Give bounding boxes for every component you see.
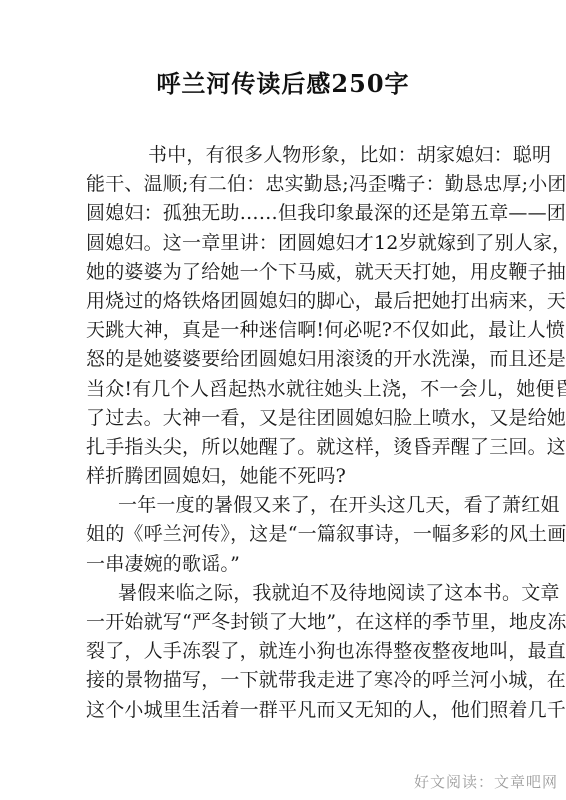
document-body: 书中，有很多人物形象，比如：胡家媳妇：聪明 能干、温顺;有二伯：忠实勤恳;冯歪嘴… [86,141,478,725]
text-line: 暑假来临之际，我就迫不及待地阅读了这本书。文章 [86,579,478,608]
text-line: 天跳大神，真是一种迷信啊!何必呢?不仅如此，最让人愤 [86,316,478,345]
text-line: 书中，有很多人物形象，比如：胡家媳妇：聪明 [86,141,478,170]
text-line: 用烧过的烙铁烙团圆媳妇的脚心，最后把她打出病来，天 [86,287,478,316]
document-title: 呼兰河传读后感250字 [0,64,566,99]
text-line: 样折腾团圆媳妇，她能不死吗? [86,462,478,491]
text-line: 一年一度的暑假又来了，在开头这几天，看了萧红姐 [86,491,478,520]
text-line: 她的婆婆为了给她一个下马威，就天天打她，用皮鞭子抽、 [86,258,478,287]
text-line: 当众!有几个人舀起热水就往她头上浇，不一会儿，她便昏 [86,375,478,404]
text-line: 一串凄婉的歌谣。” [86,550,478,579]
text-line: 了过去。大神一看，又是往团圆媳妇脸上喷水，又是给她 [86,404,478,433]
text-line: 圆媳妇：孤独无助……但我印象最深的还是第五章——团 [86,199,478,228]
text-line: 怒的是她婆婆要给团圆媳妇用滚烫的开水洗澡，而且还是 [86,345,478,374]
text-line: 扎手指头尖，所以她醒了。就这样，烫昏弄醒了三回。这 [86,433,478,462]
text-line: 接的景物描写，一下就带我走进了寒冷的呼兰河小城，在 [86,666,478,695]
watermark: 好文阅读：文章吧网 [414,771,558,792]
text-line: 一开始就写“严冬封锁了大地”，在这样的季节里，地皮冻 [86,608,478,637]
text-line: 圆媳妇。这一章里讲：团圆媳妇才12岁就嫁到了别人家， [86,229,478,258]
text-line: 裂了，人手冻裂了，就连小狗也冻得整夜整夜地叫，最直 [86,637,478,666]
text-line: 姐的《呼兰河传》，这是“一篇叙事诗，一幅多彩的风土画， [86,520,478,549]
text-line: 能干、温顺;有二伯：忠实勤恳;冯歪嘴子：勤恳忠厚;小团 [86,170,478,199]
text-line: 这个小城里生活着一群平凡而又无知的人，他们照着几千 [86,696,478,725]
